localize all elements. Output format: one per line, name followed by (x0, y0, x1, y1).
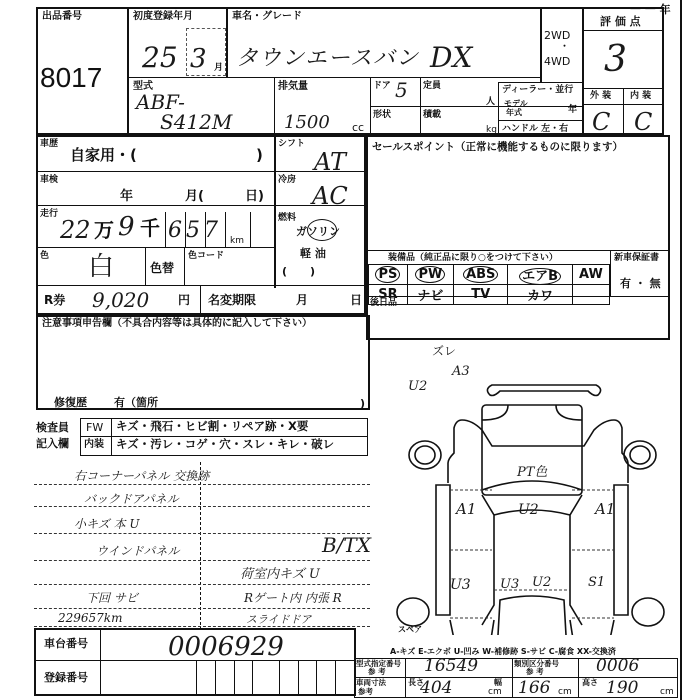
shift-label: シフト (278, 140, 305, 149)
note-right-4: スライドドア (246, 614, 311, 625)
warranty-label: 新車保証書 (614, 254, 659, 263)
model-code-line1: ABF- (136, 92, 185, 112)
first-registration-month: 3 (190, 46, 207, 72)
ac-label: 冷房 (278, 176, 296, 185)
width-unit: cm (558, 688, 572, 697)
exterior-grade: C (592, 110, 610, 134)
inspector-label-2: 記入欄 (36, 438, 69, 449)
mark-u3-rear: U3 (500, 578, 519, 591)
door-count: 5 (395, 80, 408, 100)
spare-label: スペア (398, 626, 422, 634)
mark-misalign: ズレ (432, 345, 456, 357)
damage-legend: A-キズ E-エクボ U-凹み W-補修跡 S-サビ C-腐食 XX-交換済 (390, 648, 616, 656)
mileage-rest: 657 (168, 220, 222, 242)
dealer-label: ディーラー・並行 (502, 86, 573, 95)
year-unit: 年 (568, 106, 577, 115)
height-unit: cm (660, 688, 674, 697)
car-grade: DX (430, 44, 472, 72)
displacement: 1500 (284, 114, 330, 132)
equip-navi[interactable]: ナビ (407, 285, 453, 305)
repair-history-value: 有（箇所 (114, 397, 158, 408)
sales-point-label: セールスポイント（正常に機能するものに限ります） (372, 142, 623, 153)
usage-label: 車歴 (40, 140, 58, 149)
later-items-label: 後日品 (370, 299, 397, 308)
mark-a1-left: A1 (456, 502, 476, 517)
interior-label: 内 装 (630, 92, 651, 101)
inspector-label: 検査員 (36, 422, 69, 433)
equipment-label: 装備品（純正品に限り○をつけて下さい） (388, 254, 558, 263)
drive-2wd: 2WD (544, 30, 570, 41)
man-unit: 万 (94, 220, 114, 240)
length-value: 404 (420, 680, 452, 697)
note-left-4: ウインドパネル (96, 545, 179, 557)
usage-value: 自家用・( (70, 148, 137, 163)
month-unit: 月 (214, 64, 223, 73)
equip-pw[interactable]: PW (407, 265, 453, 285)
repair-history-close: ) (360, 398, 365, 409)
cc-unit: cc (352, 122, 364, 133)
name-change-label: 名変期限 (208, 294, 256, 306)
equip-abs[interactable]: ABS (454, 265, 508, 285)
class-no-label-2: 参 考 (526, 668, 544, 676)
inspection-label: 車検 (40, 176, 58, 185)
fuel-label: 燃料 (278, 214, 296, 223)
name-change-day: 日 (350, 294, 362, 306)
notice-label: 注意事項申告欄（不具合内容等は具体的に記入して下さい） (42, 319, 312, 329)
interior-inspect-label: 内装 (84, 440, 104, 450)
door-label: ドア (373, 82, 391, 91)
capacity-label: 定員 (423, 82, 441, 91)
inspection-year: 年 (120, 190, 133, 203)
shift-value: AT (314, 150, 346, 174)
height-value: 190 (606, 680, 638, 697)
chassis-number: 0006929 (168, 634, 284, 660)
inspection-day: 日) (245, 190, 264, 203)
name-change-month: 月 (296, 294, 308, 306)
equip-empty (572, 285, 609, 305)
mileage-man: 22 (60, 218, 91, 242)
first-registration-year: 25 (142, 44, 178, 72)
size-label-2: 参考 (358, 688, 373, 696)
equip-tv[interactable]: TV (454, 285, 508, 305)
shape-label: 形状 (373, 111, 391, 120)
fuel-diesel[interactable]: 軽 油 (300, 248, 326, 259)
yen-unit: 円 (178, 294, 190, 306)
equip-aw[interactable]: AW (572, 265, 609, 285)
car-name: タウンエースバン (236, 48, 419, 70)
width-value: 166 (518, 680, 550, 697)
mark-a3: A3 (452, 365, 470, 378)
color-code-label: 色コード (188, 252, 224, 261)
note-left-5: 下回 サビ (86, 592, 138, 604)
score-label: 評 価 点 (600, 16, 641, 27)
drive-4wd: 4WD (544, 56, 570, 67)
lot-number: 8017 (40, 64, 102, 92)
equipment-table: PS PW ABS エアB AW SR ナビ TV カワ (368, 264, 610, 305)
type-no-label-2: 参 考 (368, 668, 386, 676)
type-number: 16549 (424, 658, 478, 675)
recycle-fee: 9,020 (92, 290, 149, 310)
displacement-label: 排気量 (278, 82, 308, 92)
equip-leather[interactable]: カワ (508, 285, 572, 305)
exterior-label: 外 装 (590, 92, 611, 101)
model-year-label-2: 年式 (506, 109, 522, 117)
note-left-3: 小キズ 本 U (74, 518, 140, 530)
car-name-label: 車名・グレード (232, 12, 302, 22)
header-frame (36, 7, 664, 135)
length-unit: cm (488, 688, 502, 697)
size-label: 車両寸法 (356, 679, 386, 687)
load-unit: kg (486, 126, 497, 135)
mark-pt-color: PT色 (517, 466, 547, 479)
width-label: 幅 (494, 679, 502, 687)
capacity-unit: 人 (486, 98, 495, 107)
model-code-line2: S412M (160, 112, 232, 132)
overall-score: 3 (604, 42, 627, 78)
lot-number-label: 出品番号 (42, 12, 82, 22)
recycle-label: R券 (44, 294, 65, 306)
equip-airbag[interactable]: エアB (508, 265, 572, 285)
first-registration-label: 初度登録年月 (133, 12, 193, 22)
color-label: 色 (40, 252, 49, 261)
fw-items: キズ・飛石・ヒビ割・リペア跡・X要 (116, 421, 308, 433)
scan-edge (680, 0, 700, 700)
sen-unit: 千 (140, 218, 160, 238)
color-value: 白 (88, 254, 114, 280)
warranty-value[interactable]: 有 ・ 無 (620, 278, 661, 289)
note-left-6: 229657km (58, 612, 122, 624)
height-label: 高さ (582, 679, 598, 687)
interior-grade: C (634, 110, 652, 134)
mark-u2-front: U2 (408, 380, 427, 393)
model-year-label: モデル (504, 100, 528, 108)
mark-u2-rear: U2 (532, 576, 551, 589)
repair-history-label: 修復歴 (54, 397, 87, 408)
color-change-label: 色替 (150, 262, 174, 274)
usage-close: ) (256, 148, 263, 163)
drive-separator: ・ (560, 43, 569, 52)
note-right-2: 荷室内キズ U (240, 568, 320, 581)
note-right-3: Rゲート内 内張 R (244, 592, 342, 604)
fuel-circle (307, 219, 337, 241)
equip-ps[interactable]: PS (369, 265, 408, 285)
class-number: 0006 (596, 658, 639, 675)
fuel-other: ( ) (282, 266, 315, 277)
interior-items: キズ・汚レ・コゲ・穴・スレ・キレ・破レ (116, 439, 334, 451)
note-left-2: バックドアパネル (84, 493, 179, 505)
mileage-label: 走行 (40, 210, 58, 219)
handle-label: ハンドル 左・右 (502, 125, 568, 134)
note-right-1: B/TX (322, 535, 371, 555)
registration-label: 登録番号 (44, 672, 88, 683)
mark-a1-right: A1 (595, 502, 615, 517)
inspection-month: 月( (185, 190, 204, 203)
ac-value: AC (312, 184, 348, 208)
chassis-label: 車台番号 (44, 638, 88, 649)
load-label: 積載 (423, 111, 441, 120)
fw-label: FW (86, 422, 103, 433)
mark-s1: S1 (588, 576, 605, 589)
mark-u2-roof: U2 (518, 503, 539, 517)
mileage-sen: 9 (118, 214, 135, 240)
km-unit: km (230, 237, 244, 246)
note-left-1: 右コーナーパネル 交換跡 (74, 470, 209, 482)
sales-frame (366, 135, 670, 340)
mark-u3-left: U3 (450, 578, 471, 592)
